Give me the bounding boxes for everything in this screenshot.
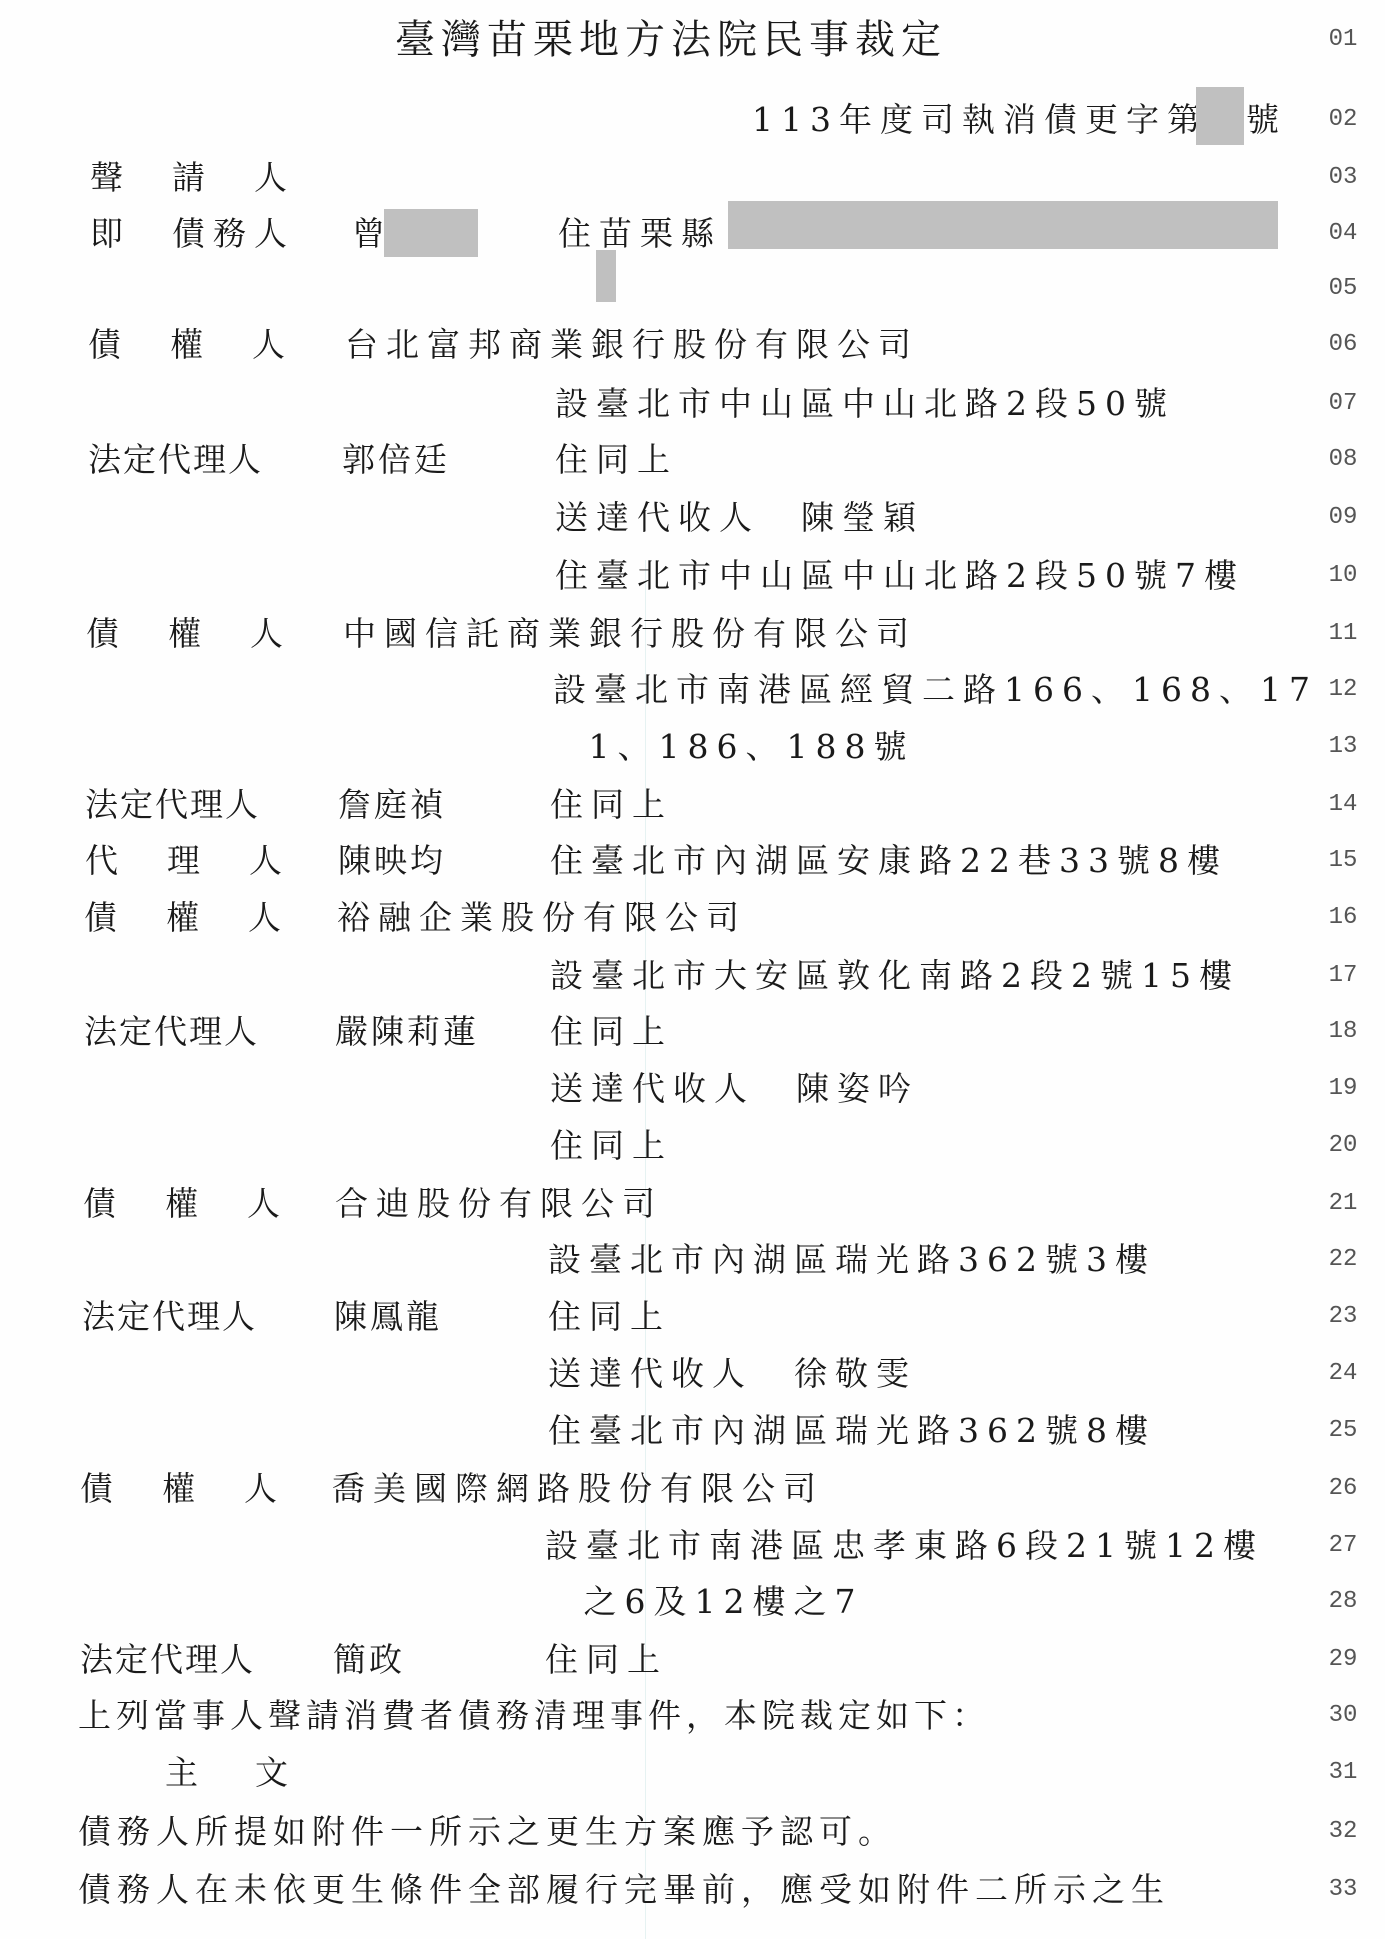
- line-number: 02: [1318, 95, 1368, 145]
- line-09: 送達代收人 陳瑩穎 09: [0, 493, 1385, 543]
- line-number: 01: [1318, 15, 1368, 65]
- party-address-cont: 1、186、188號: [570, 722, 914, 772]
- line-number: 24: [1318, 1349, 1368, 1399]
- line-29: 法定代理人 簡政 住同上 29: [0, 1635, 1385, 1685]
- party-name: 裕融企業股份有限公司: [337, 893, 747, 943]
- line-19: 送達代收人 陳姿吟 19: [0, 1064, 1385, 1114]
- line-number: 15: [1318, 836, 1368, 886]
- ruling-text: 債務人在未依更生條件全部履行完畢前，應受如附件二所示之生: [78, 1865, 1170, 1915]
- party-label: 法定代理人: [84, 1007, 259, 1057]
- line-number: 11: [1318, 609, 1368, 659]
- party-label: 債 權 人: [88, 320, 293, 370]
- ruling-text: 債務人所提如附件一所示之更生方案應予認可。: [78, 1807, 897, 1857]
- party-label: 法定代理人: [85, 780, 260, 830]
- party-name: 中國信託商業銀行股份有限公司: [343, 609, 917, 659]
- line-01: 臺灣苗栗地方法院民事裁定 01: [0, 15, 1385, 65]
- debtor-label: 即 債務人: [90, 209, 295, 259]
- debtor-address: 住苗栗縣: [558, 209, 722, 259]
- line-25: 住臺北市內湖區瑞光路362號8樓 25: [0, 1406, 1385, 1456]
- line-16: 債 權 人 裕融企業股份有限公司 16: [0, 893, 1385, 943]
- party-name: 陳映均: [338, 836, 446, 886]
- service-agent: 送達代收人 徐敬雯: [548, 1349, 917, 1399]
- line-number: 05: [1318, 264, 1368, 314]
- redaction-box: [384, 209, 478, 257]
- line-number: 19: [1318, 1064, 1368, 1114]
- line-number: 13: [1318, 722, 1368, 772]
- line-23: 法定代理人 陳鳳龍 住同上 23: [0, 1292, 1385, 1342]
- document-title: 臺灣苗栗地方法院民事裁定: [395, 15, 947, 65]
- party-address-cont: 之6及12樓之7: [565, 1577, 863, 1627]
- line-20: 住同上 20: [0, 1121, 1385, 1171]
- line-number: 25: [1318, 1406, 1368, 1456]
- court-ruling-page: 臺灣苗栗地方法院民事裁定 01 113年度司執消債更字第 號 02 聲 請 人 …: [0, 0, 1385, 1939]
- line-number: 04: [1318, 209, 1368, 259]
- party-address: 住臺北市中山區中山北路2段50號7樓: [555, 551, 1245, 601]
- party-name: 郭倍廷: [342, 435, 450, 485]
- line-number: 21: [1318, 1179, 1368, 1229]
- party-address: 住同上: [550, 780, 673, 830]
- party-address: 住同上: [555, 435, 678, 485]
- line-13: 1、186、188號 13: [0, 722, 1385, 772]
- party-name: 合迪股份有限公司: [335, 1179, 663, 1229]
- party-name: 陳鳳龍: [334, 1292, 442, 1342]
- service-agent: 送達代收人 陳姿吟: [550, 1064, 919, 1114]
- line-32: 債務人所提如附件一所示之更生方案應予認可。 32: [0, 1807, 1385, 1857]
- party-address: 住同上: [550, 1121, 673, 1171]
- line-number: 30: [1318, 1691, 1368, 1741]
- party-address: 住同上: [548, 1292, 671, 1342]
- line-03: 聲 請 人 03: [0, 153, 1385, 203]
- petitioner-label: 聲 請 人: [90, 153, 295, 203]
- line-number: 23: [1318, 1292, 1368, 1342]
- party-address: 住同上: [550, 1007, 673, 1057]
- line-33: 債務人在未依更生條件全部履行完畢前，應受如附件二所示之生 33: [0, 1865, 1385, 1915]
- line-06: 債 權 人 台北富邦商業銀行股份有限公司 06: [0, 320, 1385, 370]
- party-label: 法定代理人: [88, 435, 263, 485]
- party-label: 債 權 人: [83, 1179, 288, 1229]
- line-02: 113年度司執消債更字第 號 02: [0, 95, 1385, 145]
- line-18: 法定代理人 嚴陳莉蓮 住同上 18: [0, 1007, 1385, 1057]
- line-05: 05: [0, 264, 1385, 314]
- service-agent: 送達代收人 陳瑩穎: [555, 493, 924, 543]
- line-22: 設臺北市內湖區瑞光路362號3樓 22: [0, 1235, 1385, 1285]
- line-11: 債 權 人 中國信託商業銀行股份有限公司 11: [0, 609, 1385, 659]
- line-number: 12: [1318, 665, 1368, 715]
- party-label: 法定代理人: [82, 1292, 257, 1342]
- party-name: 詹庭禎: [338, 780, 446, 830]
- party-label: 債 權 人: [84, 893, 289, 943]
- party-address: 設臺北市內湖區瑞光路362號3樓: [548, 1235, 1156, 1285]
- line-30: 上列當事人聲請消費者債務清理事件，本院裁定如下： 30: [0, 1691, 1385, 1741]
- party-address: 設臺北市南港區忠孝東路6段21號12樓: [545, 1521, 1264, 1571]
- line-27: 設臺北市南港區忠孝東路6段21號12樓 27: [0, 1521, 1385, 1571]
- party-label: 法定代理人: [80, 1635, 255, 1685]
- line-08: 法定代理人 郭倍廷 住同上 08: [0, 435, 1385, 485]
- line-24: 送達代收人 徐敬雯 24: [0, 1349, 1385, 1399]
- line-04: 即 債務人 曾 住苗栗縣 04: [0, 209, 1385, 259]
- case-number: 113年度司執消債更字第: [752, 95, 1208, 145]
- line-number: 07: [1318, 379, 1368, 429]
- line-number: 06: [1318, 320, 1368, 370]
- redaction-box: [728, 201, 1278, 249]
- party-name: 台北富邦商業銀行股份有限公司: [345, 320, 919, 370]
- party-address: 住臺北市內湖區瑞光路362號8樓: [548, 1406, 1156, 1456]
- line-number: 31: [1318, 1748, 1368, 1798]
- line-31: 主 文 31: [0, 1748, 1385, 1798]
- line-07: 設臺北市中山區中山北路2段50號 07: [0, 379, 1385, 429]
- line-number: 22: [1318, 1235, 1368, 1285]
- line-number: 09: [1318, 493, 1368, 543]
- party-address: 住同上: [545, 1635, 668, 1685]
- line-12: 設臺北市南港區經貿二路166、168、17 12: [0, 665, 1385, 715]
- redaction-box: [1196, 87, 1244, 145]
- line-number: 32: [1318, 1807, 1368, 1857]
- line-number: 33: [1318, 1865, 1368, 1915]
- line-15: 代 理 人 陳映均 住臺北市內湖區安康路22巷33號8樓 15: [0, 836, 1385, 886]
- party-label: 債 權 人: [86, 609, 291, 659]
- line-17: 設臺北市大安區敦化南路2段2號15樓 17: [0, 951, 1385, 1001]
- party-name: 簡政: [333, 1635, 405, 1685]
- line-10: 住臺北市中山區中山北路2段50號7樓 10: [0, 551, 1385, 601]
- line-number: 18: [1318, 1007, 1368, 1057]
- line-number: 14: [1318, 780, 1368, 830]
- line-number: 03: [1318, 153, 1368, 203]
- intro-statement: 上列當事人聲請消費者債務清理事件，本院裁定如下：: [78, 1691, 990, 1741]
- line-number: 28: [1318, 1577, 1368, 1627]
- party-name: 喬美國際網路股份有限公司: [332, 1464, 824, 1514]
- case-number-suffix: 號: [1246, 95, 1287, 145]
- party-address: 設臺北市南港區經貿二路166、168、17: [553, 665, 1318, 715]
- main-text-heading: 主 文: [165, 1748, 300, 1798]
- redaction-box: [596, 250, 616, 302]
- party-label: 債 權 人: [80, 1464, 285, 1514]
- party-address: 住臺北市內湖區安康路22巷33號8樓: [550, 836, 1228, 886]
- line-26: 債 權 人 喬美國際網路股份有限公司 26: [0, 1464, 1385, 1514]
- party-label: 代 理 人: [85, 836, 290, 886]
- line-28: 之6及12樓之7 28: [0, 1577, 1385, 1627]
- line-number: 17: [1318, 951, 1368, 1001]
- line-21: 債 權 人 合迪股份有限公司 21: [0, 1179, 1385, 1229]
- line-number: 16: [1318, 893, 1368, 943]
- party-address: 設臺北市大安區敦化南路2段2號15樓: [550, 951, 1240, 1001]
- line-number: 29: [1318, 1635, 1368, 1685]
- line-number: 27: [1318, 1521, 1368, 1571]
- line-number: 10: [1318, 551, 1368, 601]
- party-name: 嚴陳莉蓮: [335, 1007, 479, 1057]
- line-number: 20: [1318, 1121, 1368, 1171]
- line-number: 26: [1318, 1464, 1368, 1514]
- party-address: 設臺北市中山區中山北路2段50號: [555, 379, 1175, 429]
- line-number: 08: [1318, 435, 1368, 485]
- line-14: 法定代理人 詹庭禎 住同上 14: [0, 780, 1385, 830]
